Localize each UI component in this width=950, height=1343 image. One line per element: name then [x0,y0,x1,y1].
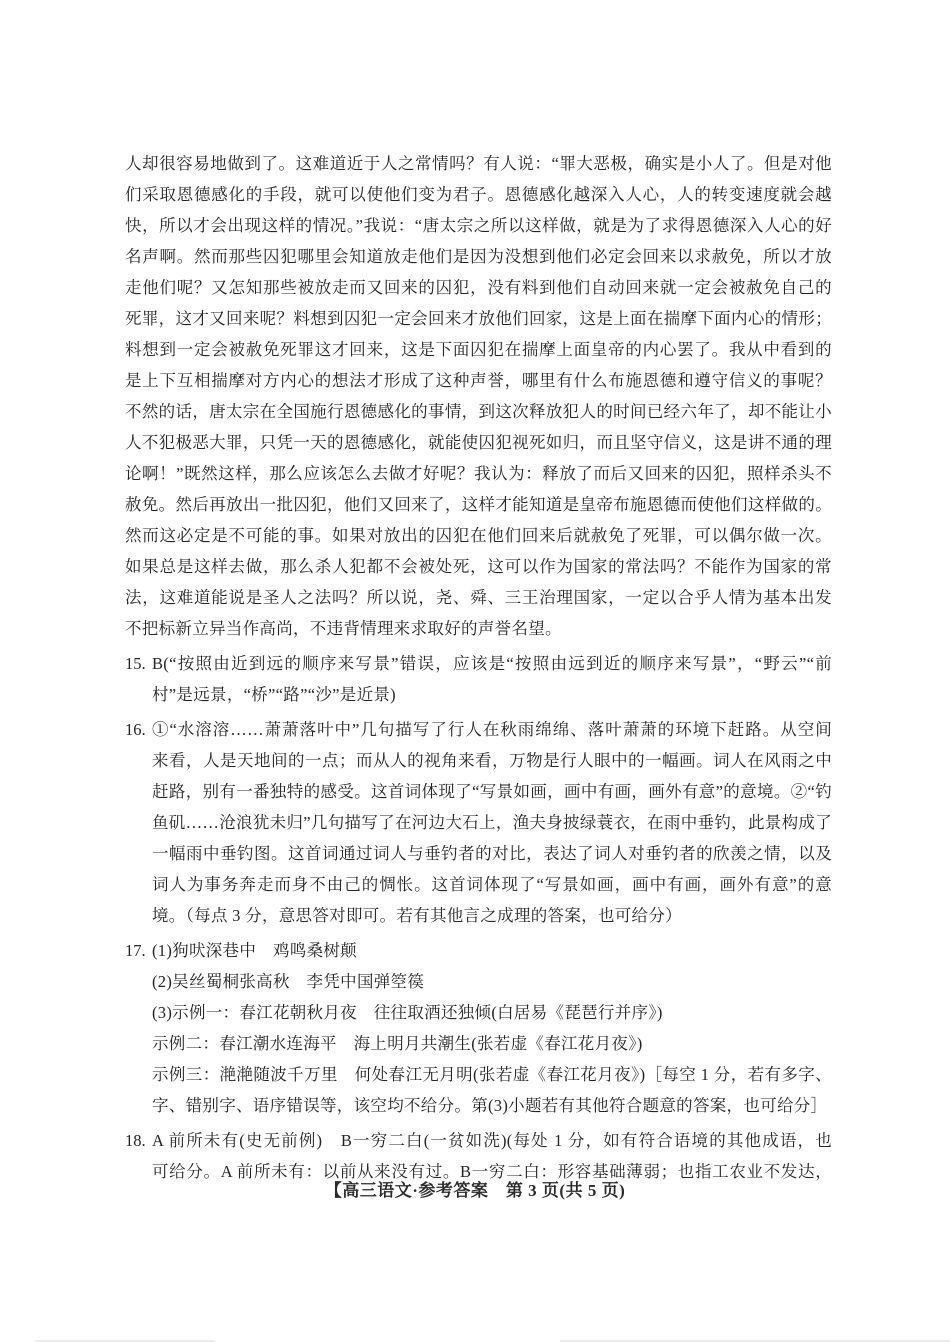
text-line: 快，所以才会出现这样的情况。”我说：“唐太宗之所以这样做，就是为了求得恩德深入人… [125,210,832,241]
text-line: 不把标新立异当作高尚，不违背情理来求取好的声誉名望。 [125,613,832,644]
answer-item-16: 16. ①“水溶溶……萧萧落叶中”几句描写了行人在秋雨绵绵、落叶萧萧的环境下赶路… [125,714,832,931]
item-number: 18. [125,1125,146,1156]
text-line: 死罪，这才又回来呢？料想到囚犯一定会回来才放他们回家，这是上面在揣摩下面内心的情… [125,303,832,334]
item-number: 17. [125,935,146,966]
text-line: 赦免。然后再放出一批囚犯，他们又回来了，这样才能知道是皇帝布施恩德而使他们这样做… [125,489,832,520]
scan-artifact-line [35,1340,215,1342]
text-line: 们采取恩德感化的手段，就可以使他们变为君子。恩德感化越深入人心，人的转变速度就会… [125,179,832,210]
text-line: 赶路，别有一番独特的感受。这首词体现了“写景如画，画中有画，画外有意”的意境。②… [152,776,832,807]
text-line: (1)狗吠深巷中 鸡鸣桑树颠 [152,935,832,966]
text-line: 来看，人是天地间的一点；而从人的视角来看，万物是行人眼中的一幅画。词人在风雨之中 [152,745,832,776]
text-line: 论啊！”既然这样，那么应该怎么去做才好呢？我认为：释放了而后又回来的囚犯，照样杀… [125,458,832,489]
text-line: 示例三：滟滟随波千万里 何处春江无月明(张若虚《春江花月夜》)［每空 1 分，若… [152,1059,832,1090]
scan-artifact-line [560,1340,950,1342]
exam-answer-page: 人却很容易地做到了。这难道近于人之常情吗？有人说：“罪大恶极，确实是小人了。但是… [0,0,950,1343]
text-line: (3)示例一：春江花朝秋月夜 往往取酒还独倾(白居易《琵琶行并序》) [152,997,832,1028]
text-line: 村”是远景，“桥”“路”“沙”是近景) [152,679,832,710]
text-line: 名声啊。然而那些囚犯哪里会知道放走他们是因为没想到他们必定会回来以求赦免，所以才… [125,241,832,272]
text-line: 一幅雨中垂钓图。这首词通过词人与垂钓者的对比，表达了词人对垂钓者的欣羡之情，以及 [152,838,832,869]
item-number: 15. [125,648,146,679]
text-line: 不然的话，唐太宗在全国施行恩德感化的事情，到这次释放犯人的时间已经六年了，却不能… [125,396,832,427]
translation-paragraph: 人却很容易地做到了。这难道近于人之常情吗？有人说：“罪大恶极，确实是小人了。但是… [125,148,832,644]
text-line: 鱼矶……沧浪犹未归”几句描写了在河边大石上，渔夫身披绿蓑衣，在雨中垂钓，此景构成… [152,807,832,838]
answer-item-15: 15. B(“按照由近到远的顺序来写景”错误，应该是“按照由远到近的顺序来写景”… [125,648,832,710]
text-line: 法，这难道能说是圣人之法吗？所以说，尧、舜、三王治理国家，一定以合乎人情为基本出… [125,582,832,613]
text-line: 走他们呢？又怎知那些被放走而又回来的囚犯，没有料到他们自动回来就一定会被赦免自己… [125,272,832,303]
text-line: 境。（每点 3 分，意思答对即可。若有其他言之成理的答案，也可给分） [152,900,832,931]
text-line: ①“水溶溶……萧萧落叶中”几句描写了行人在秋雨绵绵、落叶萧萧的环境下赶路。从空间 [152,714,832,745]
text-line: B(“按照由近到远的顺序来写景”错误，应该是“按照由远到近的顺序来写景”，“野云… [152,648,832,679]
text-line: 人不犯极恶大罪，只凭一天的恩德感化，就能使囚犯视死如归，而且坚守信义，这是讲不通… [125,427,832,458]
page-content: 人却很容易地做到了。这难道近于人之常情吗？有人说：“罪大恶极，确实是小人了。但是… [125,148,832,1187]
text-line: (2)吴丝蜀桐张高秋 李凭中国弹箜篌 [152,966,832,997]
item-number: 16. [125,714,146,745]
text-line: 字、错别字、语序错误等，该空均不给分。第(3)小题若有其他符合题意的答案，也可给… [152,1090,832,1121]
text-line: 示例二：春江潮水连海平 海上明月共潮生(张若虚《春江花月夜》) [152,1028,832,1059]
text-line: 如果总是这样去做，那么杀人犯都不会被处死，这可以作为国家的常法吗？不能作为国家的… [125,551,832,582]
text-line: 料想到一定会被赦免死罪这才回来，这是下面囚犯在揣摩上面皇帝的内心罢了。我从中看到… [125,334,832,365]
answer-item-17: 17. (1)狗吠深巷中 鸡鸣桑树颠 (2)吴丝蜀桐张高秋 李凭中国弹箜篌 (3… [125,935,832,1121]
text-line: 是上下互相揣摩对方内心的想法才形成了这种声誉，哪里有什么布施恩德和遵守信义的事呢… [125,365,832,396]
text-line: 词人为事务奔走而身不由己的惆怅。这首词体现了“写景如画，画中有画，画外有意”的意 [152,869,832,900]
text-line: 然而这必定是不可能的事。如果对放出的囚犯在他们回来后就赦免了死罪，可以偶尔做一次… [125,520,832,551]
text-line: A 前所未有(史无前例) B一穷二白(一贫如洗)(每处 1 分，如有符合语境的其… [152,1125,832,1156]
text-line: 人却很容易地做到了。这难道近于人之常情吗？有人说：“罪大恶极，确实是小人了。但是… [125,148,832,179]
page-footer: 【高三语文·参考答案 第 3 页(共 5 页) [0,1178,950,1204]
